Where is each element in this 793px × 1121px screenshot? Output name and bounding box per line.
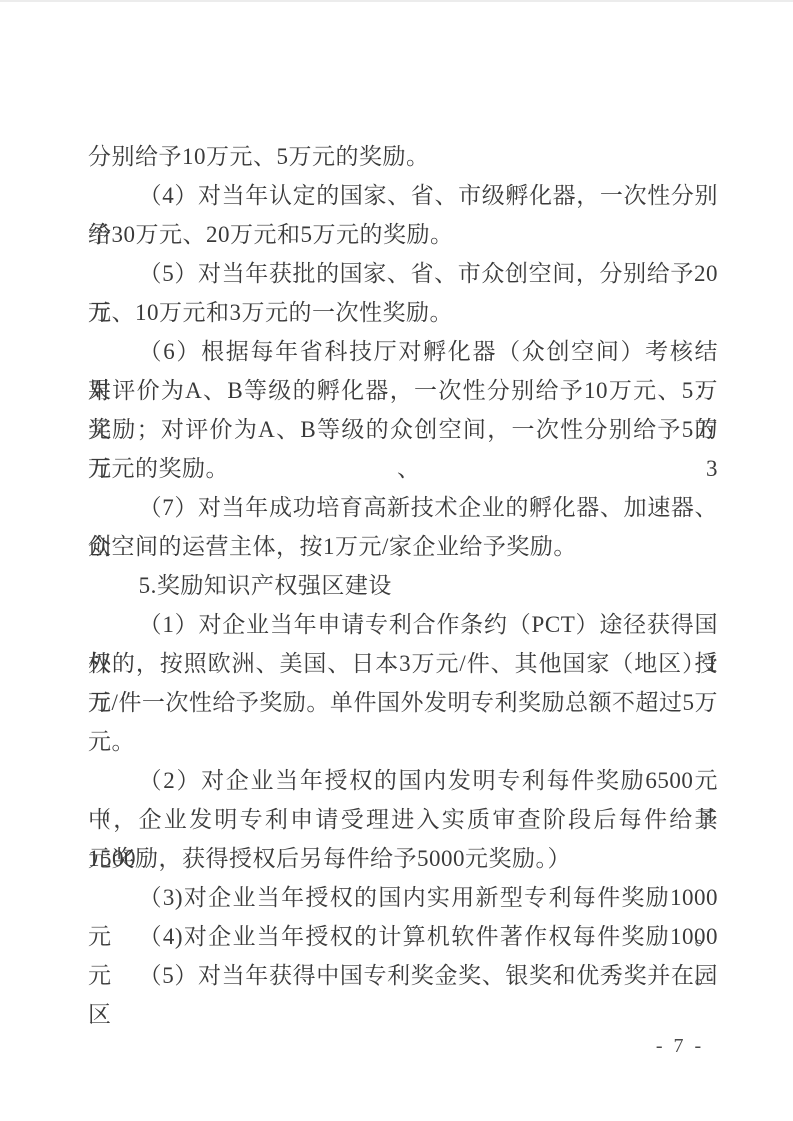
text-line: 元、10万元和3万元的一次性奖励。 bbox=[88, 293, 718, 332]
text-line: （3)对企业当年授权的国内实用新型专利每件奖励1000元。 bbox=[88, 878, 718, 917]
text-line: 权的，按照欧洲、美国、日本3万元/件、其他国家（地区）1万 bbox=[88, 644, 718, 683]
text-line: 元/件一次性给予奖励。单件国外发明专利奖励总额不超过5万 bbox=[88, 683, 718, 722]
text-line: 元。 bbox=[88, 722, 718, 761]
text-line: 元奖励，获得授权后另每件给予5000元奖励。） bbox=[88, 839, 718, 878]
document-page: 分别给予10万元、5万元的奖励。（4）对当年认定的国家、省、市级孵化器，一次性分… bbox=[0, 0, 793, 1121]
text-line: （6）根据每年省科技厅对孵化器（众创空间）考核结果： bbox=[88, 332, 718, 371]
text-line: 分别给予10万元、5万元的奖励。 bbox=[88, 137, 718, 176]
document-body: 分别给予10万元、5万元的奖励。（4）对当年认定的国家、省、市级孵化器，一次性分… bbox=[88, 137, 718, 995]
text-line: （2）对企业当年授权的国内发明专利每件奖励6500元（其 bbox=[88, 761, 718, 800]
text-line: （7）对当年成功培育高新技术企业的孵化器、加速器、众 bbox=[88, 488, 718, 527]
text-line: 予30万元、20万元和5万元的奖励。 bbox=[88, 215, 718, 254]
text-line: （4）对当年认定的国家、省、市级孵化器，一次性分别给 bbox=[88, 176, 718, 215]
text-line: 奖励；对评价为A、B等级的众创空间，一次性分别给予5万元、3 bbox=[88, 410, 718, 449]
text-line: 对评价为A、B等级的孵化器，一次性分别给予10万元、5万元的 bbox=[88, 371, 718, 410]
text-line: （5）对当年获批的国家、省、市众创空间，分别给予20万 bbox=[88, 254, 718, 293]
text-line: 5.奖励知识产权强区建设 bbox=[88, 566, 718, 605]
text-line: 创空间的运营主体，按1万元/家企业给予奖励。 bbox=[88, 527, 718, 566]
text-line: （4)对企业当年授权的计算机软件著作权每件奖励1000元。 bbox=[88, 917, 718, 956]
text-line: （1）对企业当年申请专利合作条约（PCT）途径获得国外授 bbox=[88, 605, 718, 644]
text-line: （5）对当年获得中国专利奖金奖、银奖和优秀奖并在园区 bbox=[88, 956, 718, 995]
text-line: 中，企业发明专利申请受理进入实质审查阶段后每件给予1500 bbox=[88, 800, 718, 839]
page-number: - 7 - bbox=[640, 1035, 720, 1058]
